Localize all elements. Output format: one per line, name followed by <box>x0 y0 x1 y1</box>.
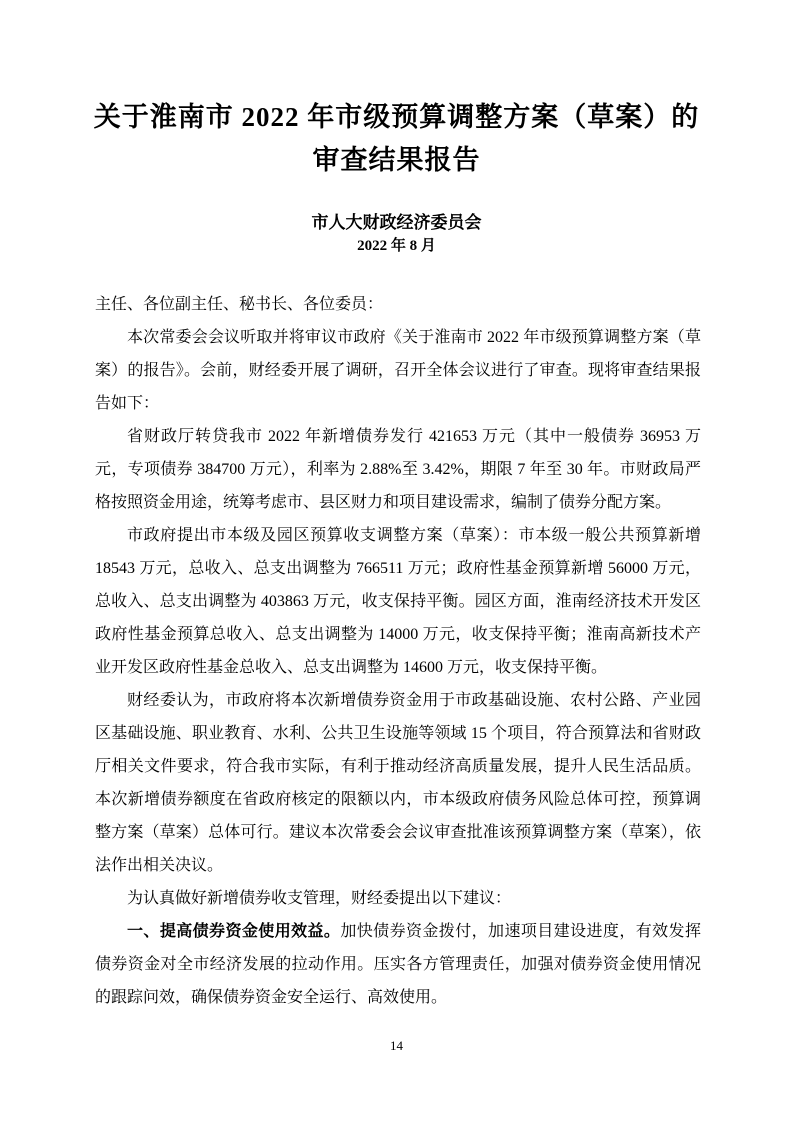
document-author: 市人大财政经济委员会 <box>0 211 793 235</box>
recommendation-1-heading: 一、提高债券资金使用效益。 <box>127 923 340 940</box>
salutation: 主任、各位副主任、秘书长、各位委员： <box>95 288 701 321</box>
paragraph-committee-opinion: 财经委认为，市政府将本次新增债券资金用于市政基础设施、农村公路、产业园区基础设施… <box>95 684 701 882</box>
document-date: 2022 年 8 月 <box>0 235 793 257</box>
paragraph-suggestions-intro: 为认真做好新增债券收支管理，财经委提出以下建议： <box>95 882 701 915</box>
paragraph-introduction: 本次常委会会议听取并将审议市政府《关于淮南市 2022 年市级预算调整方案（草案… <box>95 321 701 420</box>
document-title: 关于淮南市 2022 年市级预算调整方案（草案）的 审查结果报告 <box>0 96 793 182</box>
paragraph-recommendation-1: 一、提高债券资金使用效益。加快债券资金拨付，加速项目建设进度，有效发挥债券资金对… <box>95 915 701 1014</box>
paragraph-budget-adjustment: 市政府提出市本级及园区预算收支调整方案（草案）：市本级一般公共预算新增 1854… <box>95 519 701 684</box>
document-page: 关于淮南市 2022 年市级预算调整方案（草案）的 审查结果报告 市人大财政经济… <box>0 0 793 1122</box>
document-title-line2: 审查结果报告 <box>313 145 481 175</box>
page-number: 14 <box>0 1037 793 1055</box>
document-title-line1: 关于淮南市 2022 年市级预算调整方案（草案）的 <box>94 102 700 132</box>
document-body: 主任、各位副主任、秘书长、各位委员： 本次常委会会议听取并将审议市政府《关于淮南… <box>95 288 701 1014</box>
paragraph-bond-issuance: 省财政厅转贷我市 2022 年新增债券发行 421653 万元（其中一般债券 3… <box>95 420 701 519</box>
